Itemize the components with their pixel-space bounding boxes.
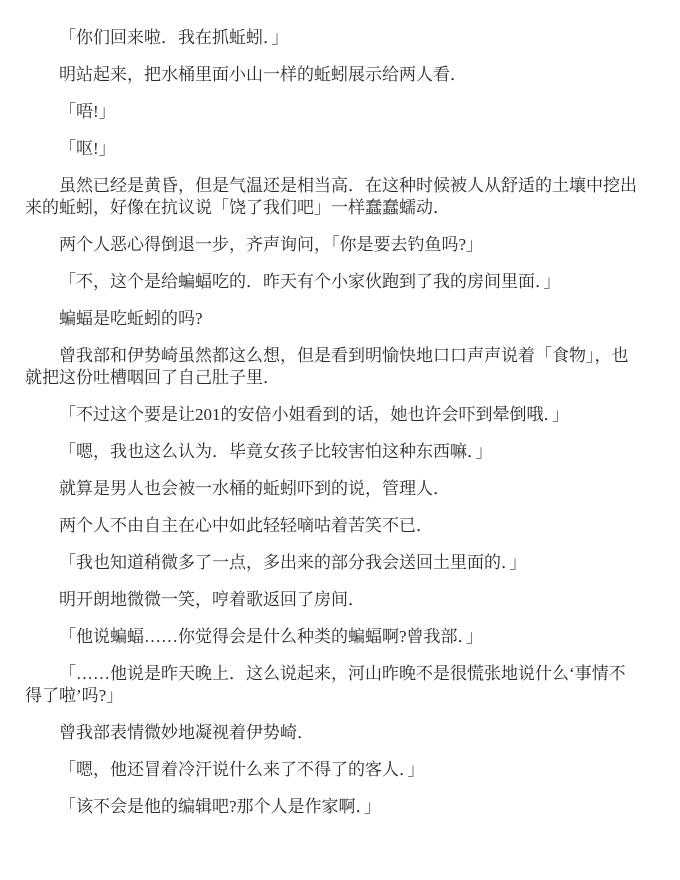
paragraph: 虽然已经是黄昏，但是气温还是相当高．在这种时候被人从舒适的土壤中挖出 来的蚯蚓，… [25, 175, 656, 219]
paragraph: 「嗯，我也这么认为．毕竟女孩子比较害怕这种东西嘛．」 [25, 441, 656, 463]
paragraph: 「我也知道稍微多了一点，多出来的部分我会送回土里面的．」 [25, 552, 656, 574]
paragraph: 两个人恶心得倒退一步，齐声询问，「你是要去钓鱼吗?」 [25, 234, 656, 256]
paragraph: 就算是男人也会被一水桶的蚯蚓吓到的说，管理人． [25, 478, 656, 500]
paragraph: 「该不会是他的编辑吧?那个人是作家啊．」 [25, 796, 656, 818]
paragraph: 「不过这个要是让201的安倍小姐看到的话，她也许会吓到晕倒哦．」 [25, 404, 656, 426]
paragraph: 「你们回来啦．我在抓蚯蚓．」 [25, 27, 656, 49]
paragraph: 「唔!」 [25, 101, 656, 123]
paragraph: 「他说蝙蝠……你觉得会是什么种类的蝙蝠啊?曾我部．」 [25, 626, 656, 648]
paragraph: 两个人不由自主在心中如此轻轻嘀咕着苦笑不已． [25, 515, 656, 537]
paragraph: 明开朗地微微一笑，哼着歌返回了房间． [25, 589, 656, 611]
paragraph: 曾我部表情微妙地凝视着伊势崎． [25, 722, 656, 744]
document-page: 「你们回来啦．我在抓蚯蚓．」 明站起来，把水桶里面小山一样的蚯蚓展示给两人看． … [0, 0, 680, 880]
paragraph: 「呕!」 [25, 138, 656, 160]
paragraph: 曾我部和伊势崎虽然都这么想，但是看到明愉快地口口声声说着「食物」，也 就把这份吐… [25, 345, 656, 389]
paragraph: 蝙蝠是吃蚯蚓的吗? [25, 308, 656, 330]
paragraph: 「嗯，他还冒着冷汗说什么来了不得了的客人．」 [25, 759, 656, 781]
paragraph: 「……他说是昨天晚上．这么说起来，河山昨晚不是很慌张地说什么‘事情不 得了啦’吗… [25, 663, 656, 707]
paragraph: 明站起来，把水桶里面小山一样的蚯蚓展示给两人看． [25, 64, 656, 86]
paragraph: 「不，这个是给蝙蝠吃的．昨天有个小家伙跑到了我的房间里面．」 [25, 271, 656, 293]
